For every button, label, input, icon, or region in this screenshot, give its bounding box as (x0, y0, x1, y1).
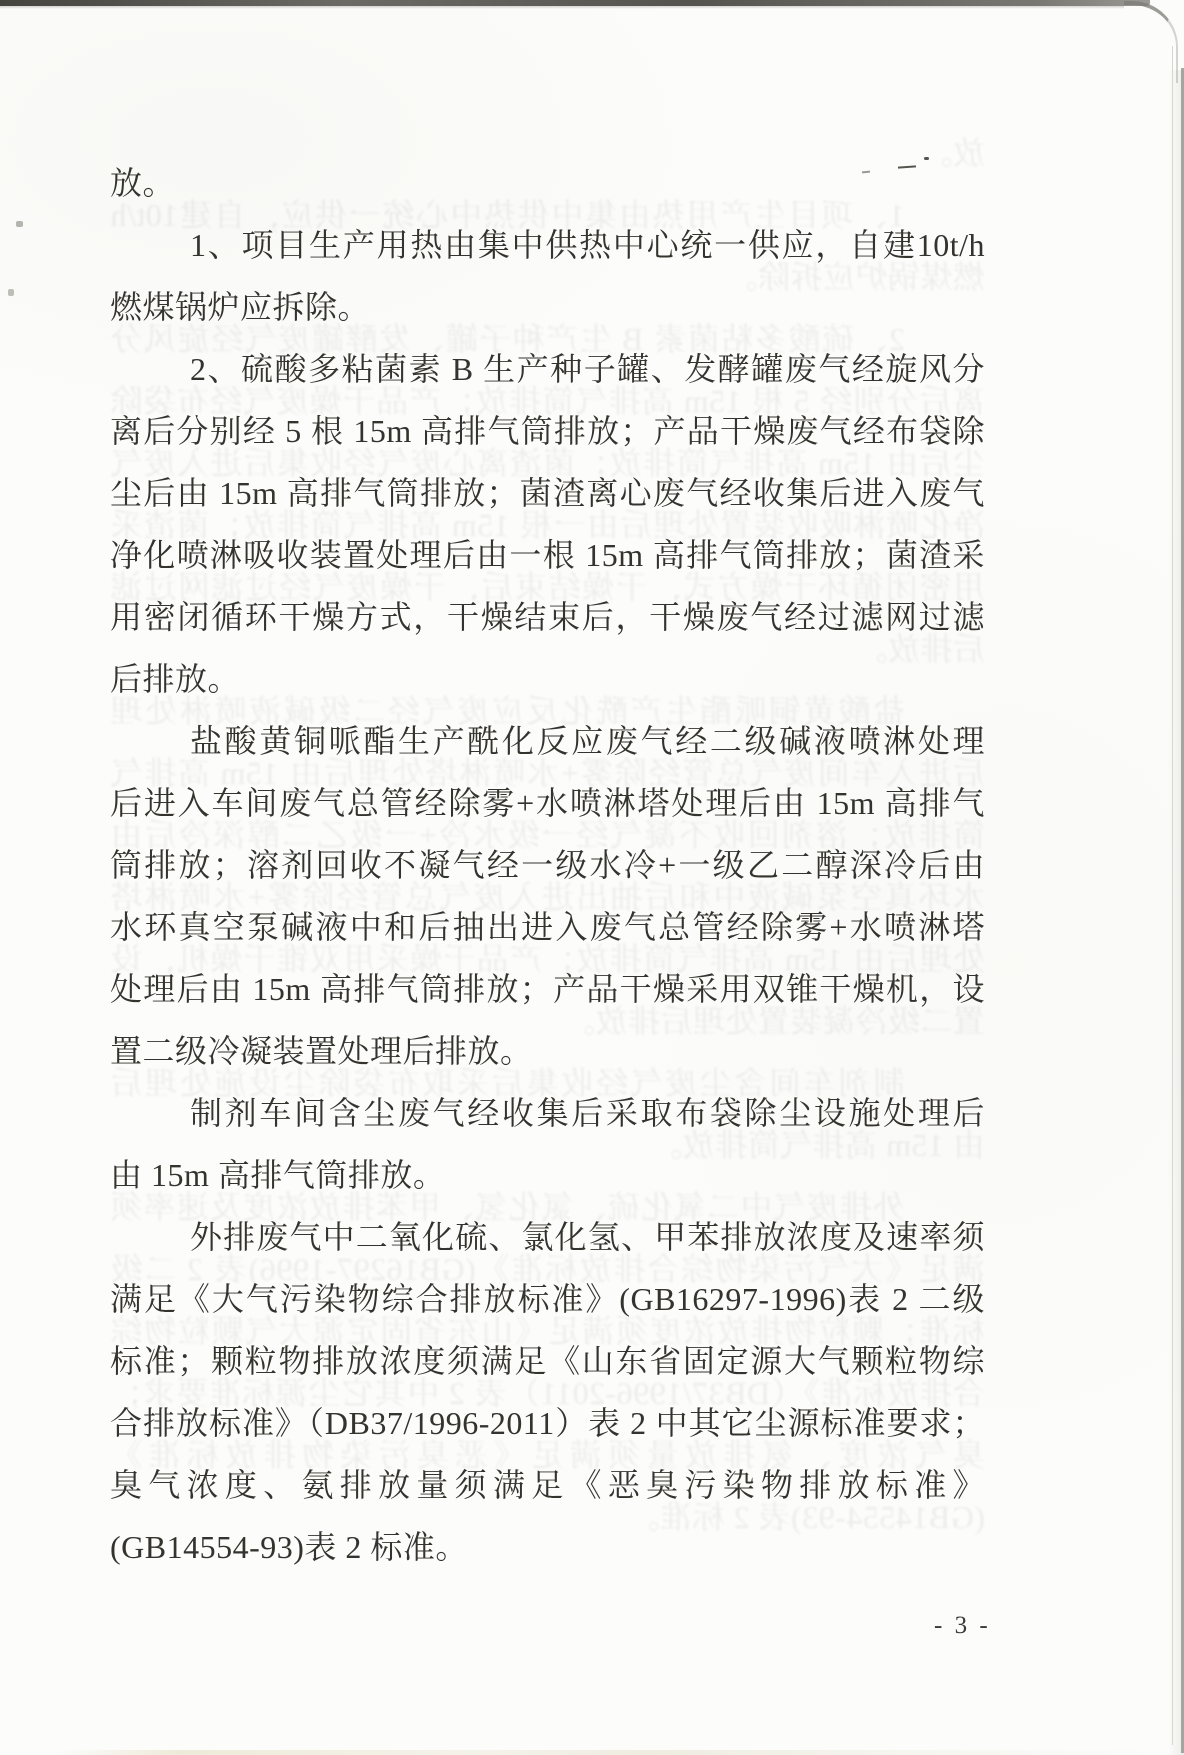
text-line: 用密闭循环干燥方式，干燥结束后，干燥废气经过滤网过滤 (110, 586, 985, 648)
text-line: 合排放标准》（DB37/1996-2011）表 2 中其它尘源标准要求； (110, 1392, 985, 1454)
text-line: (GB14554-93)表 2 标准。 (110, 1516, 985, 1578)
scan-speck (16, 221, 23, 227)
text-line: 尘后由 15m 高排气筒排放；菌渣离心废气经收集后进入废气 (110, 462, 985, 524)
text-line: 净化喷淋吸收装置处理后由一根 15m 高排气筒排放；菌渣采 (110, 524, 985, 586)
text-line: 臭气浓度、氨排放量须满足《恶臭污染物排放标准》 (110, 1454, 985, 1516)
text-line: 筒排放；溶剂回收不凝气经一级水冷+一级乙二醇深冷后由 (110, 834, 985, 896)
scan-top-edge-shadow (0, 6, 1124, 9)
text-line: 标准；颗粒物排放浓度须满足《山东省固定源大气颗粒物综 (110, 1330, 985, 1392)
scanned-document-page: 放。1、项目生产用热由集中供热中心统一供应，自建10t/h燃煤锅炉应拆除。2、硫… (0, 0, 1184, 1755)
text-line: 离后分别经 5 根 15m 高排气筒排放；产品干燥废气经布袋除 (110, 400, 985, 462)
text-line: 1、项目生产用热由集中供热中心统一供应，自建10t/h (110, 214, 985, 276)
text-line: 盐酸黄铜哌酯生产酰化反应废气经二级碱液喷淋处理 (110, 710, 985, 772)
paper-right-edge-crease (1172, 46, 1173, 1745)
text-line: 处理后由 15m 高排气筒排放；产品干燥采用双锥干燥机，设 (110, 958, 985, 1020)
text-line: 由 15m 高排气筒排放。 (110, 1144, 985, 1206)
text-line: 置二级冷凝装置处理后排放。 (110, 1020, 985, 1082)
text-line: 水环真空泵碱液中和后抽出进入废气总管经除雾+水喷淋塔 (110, 896, 985, 958)
text-layer: 放。1、项目生产用热由集中供热中心统一供应，自建10t/h燃煤锅炉应拆除。2、硫… (110, 152, 985, 1578)
text-line: 满足《大气污染物综合排放标准》(GB16297-1996)表 2 二级 (110, 1268, 985, 1330)
text-line: 制剂车间含尘废气经收集后采取布袋除尘设施处理后 (110, 1082, 985, 1144)
text-line: 外排废气中二氧化硫、氯化氢、甲苯排放浓度及速率须 (110, 1206, 985, 1268)
scan-speck (8, 289, 14, 296)
text-line: 后进入车间废气总管经除雾+水喷淋塔处理后由 15m 高排气 (110, 772, 985, 834)
text-line: 后排放。 (110, 648, 985, 710)
text-line: 2、硫酸多粘菌素 B 生产种子罐、发酵罐废气经旋风分 (110, 338, 985, 400)
page-number: - 3 - (934, 1612, 991, 1640)
text-line: 燃煤锅炉应拆除。 (110, 276, 985, 338)
paper-bottom-edge (0, 1750, 1184, 1755)
text-line: 放。 (110, 152, 985, 214)
